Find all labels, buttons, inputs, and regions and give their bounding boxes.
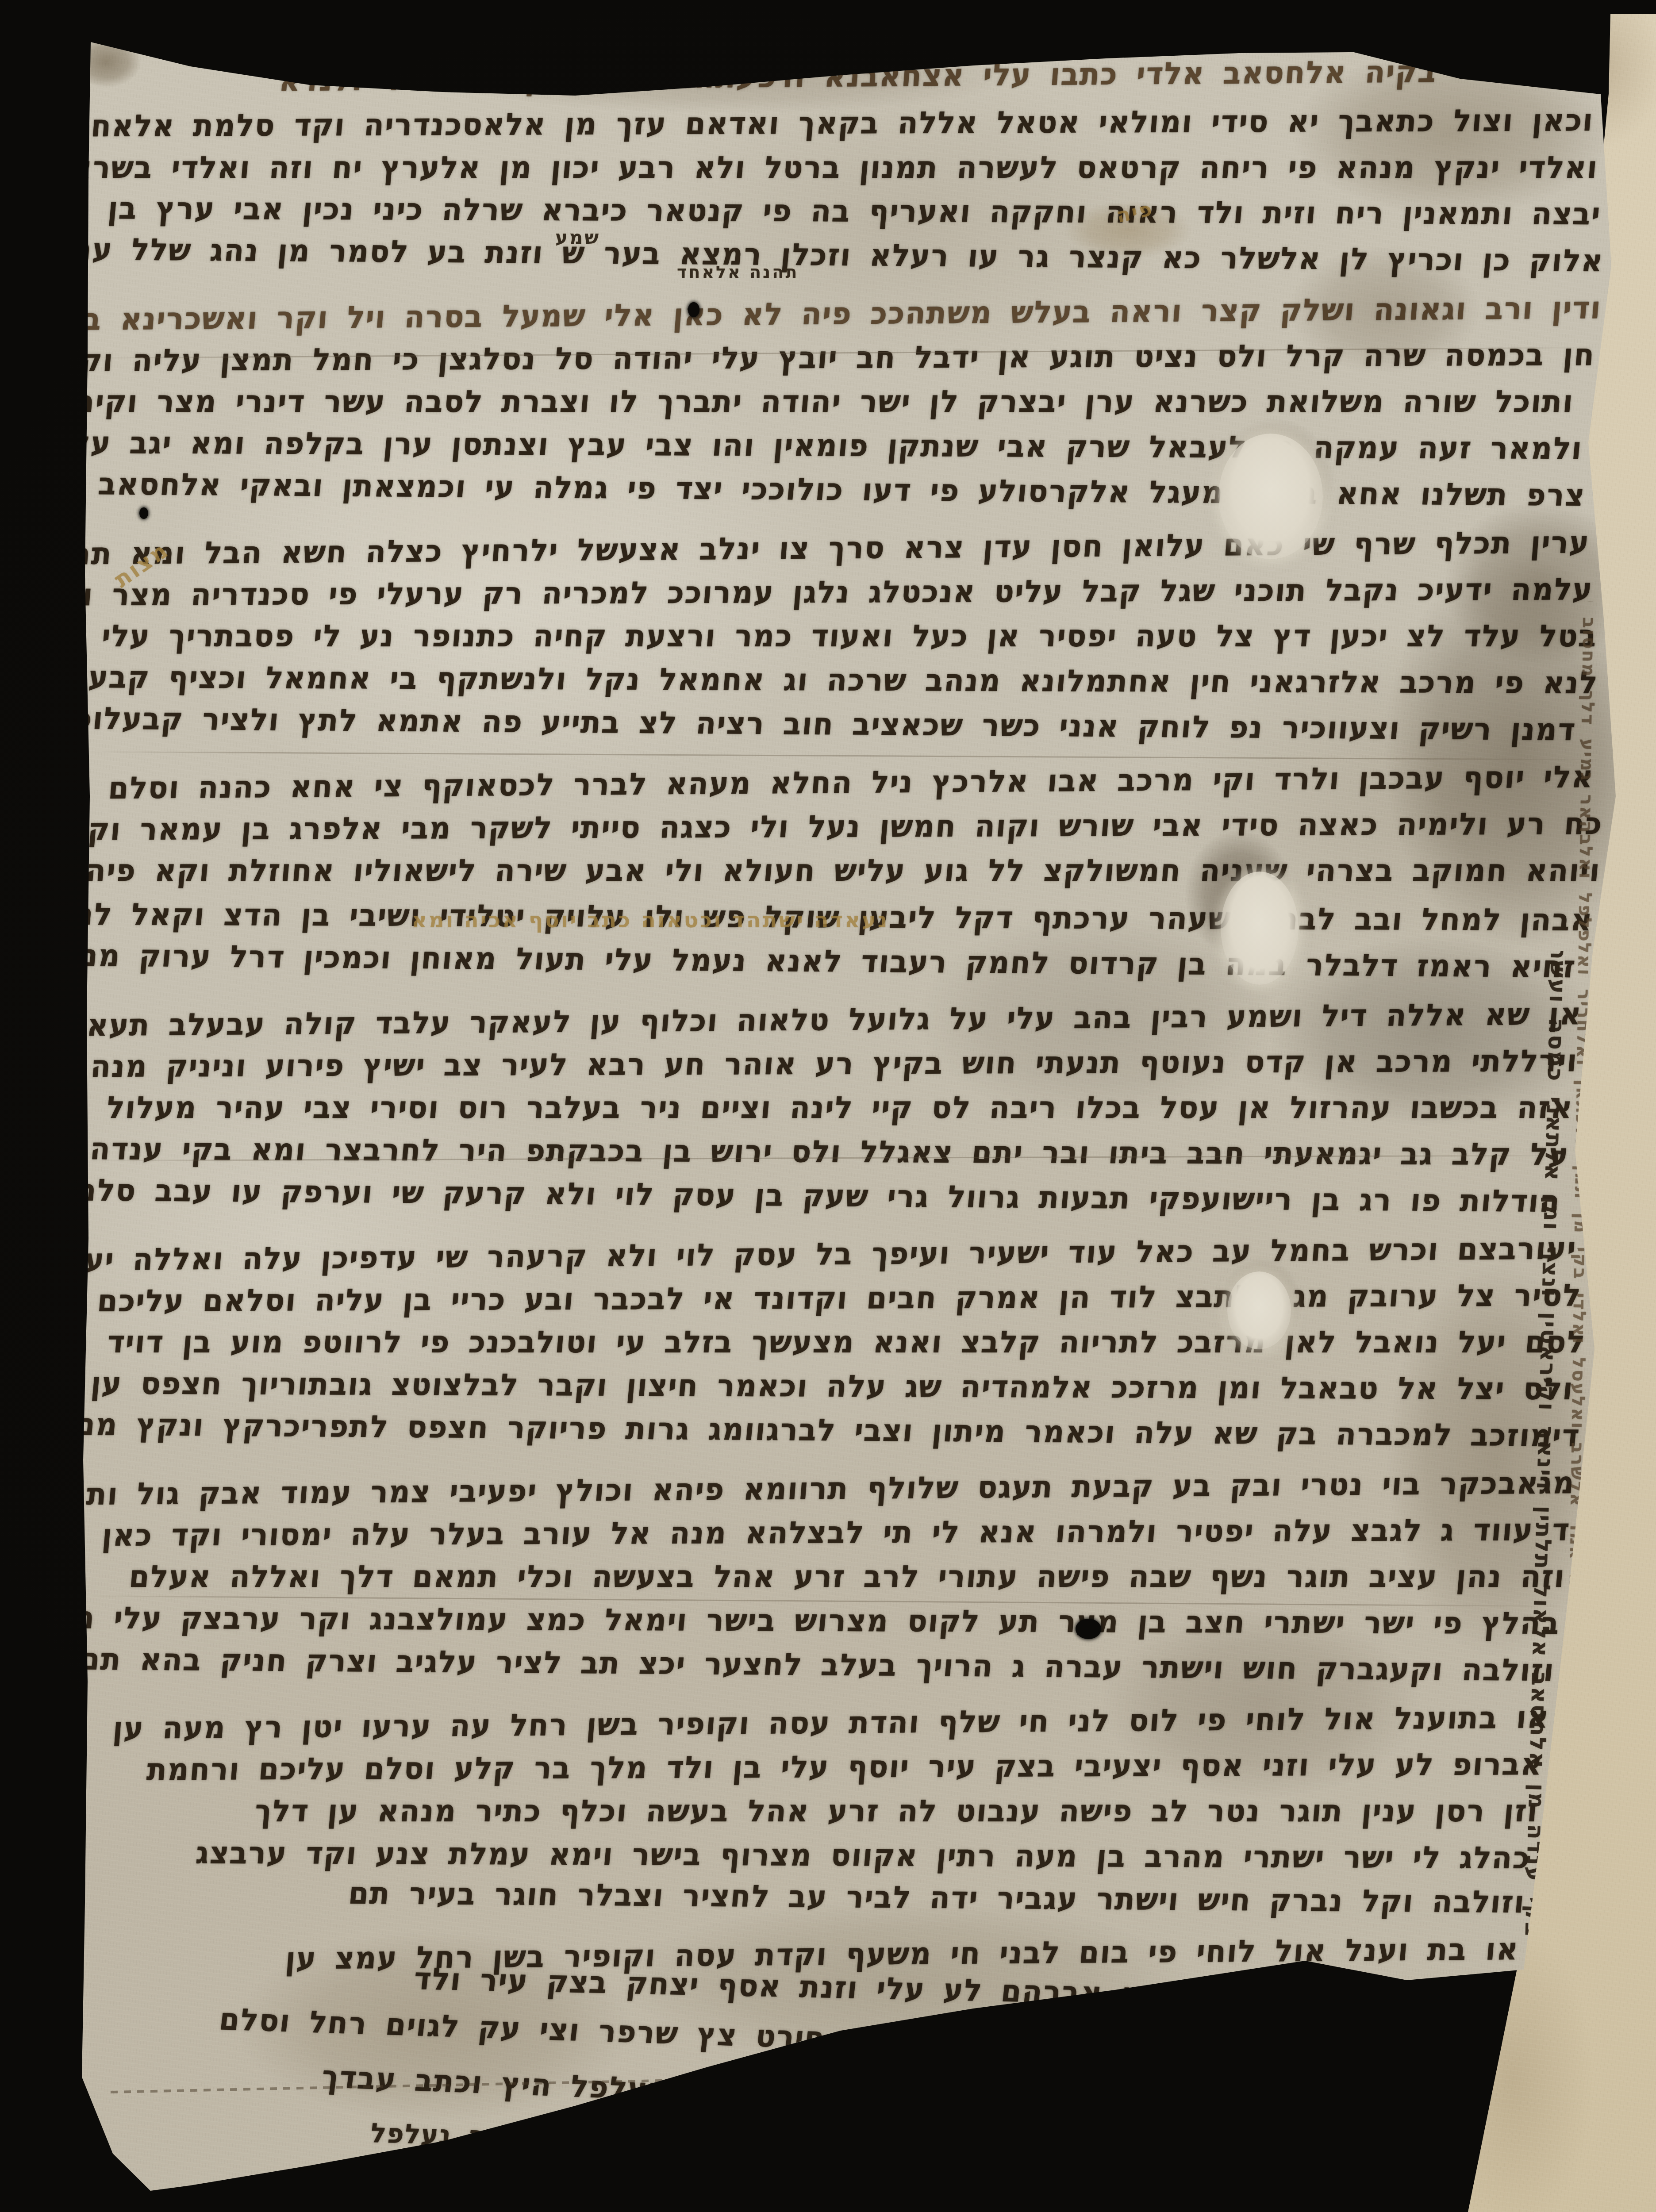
wormhole [1076, 1619, 1101, 1639]
wormhole [688, 302, 699, 317]
wormhole [139, 507, 148, 519]
hole-layer [0, 0, 1656, 2212]
manuscript-photo: בקיה אלחסאב אלדי כתבו עלי אצחאבנא ודפעתה… [0, 0, 1656, 2212]
parchment-page: בקיה אלחסאב אלדי כתבו עלי אצחאבנא ודפעתה… [0, 0, 1656, 2212]
